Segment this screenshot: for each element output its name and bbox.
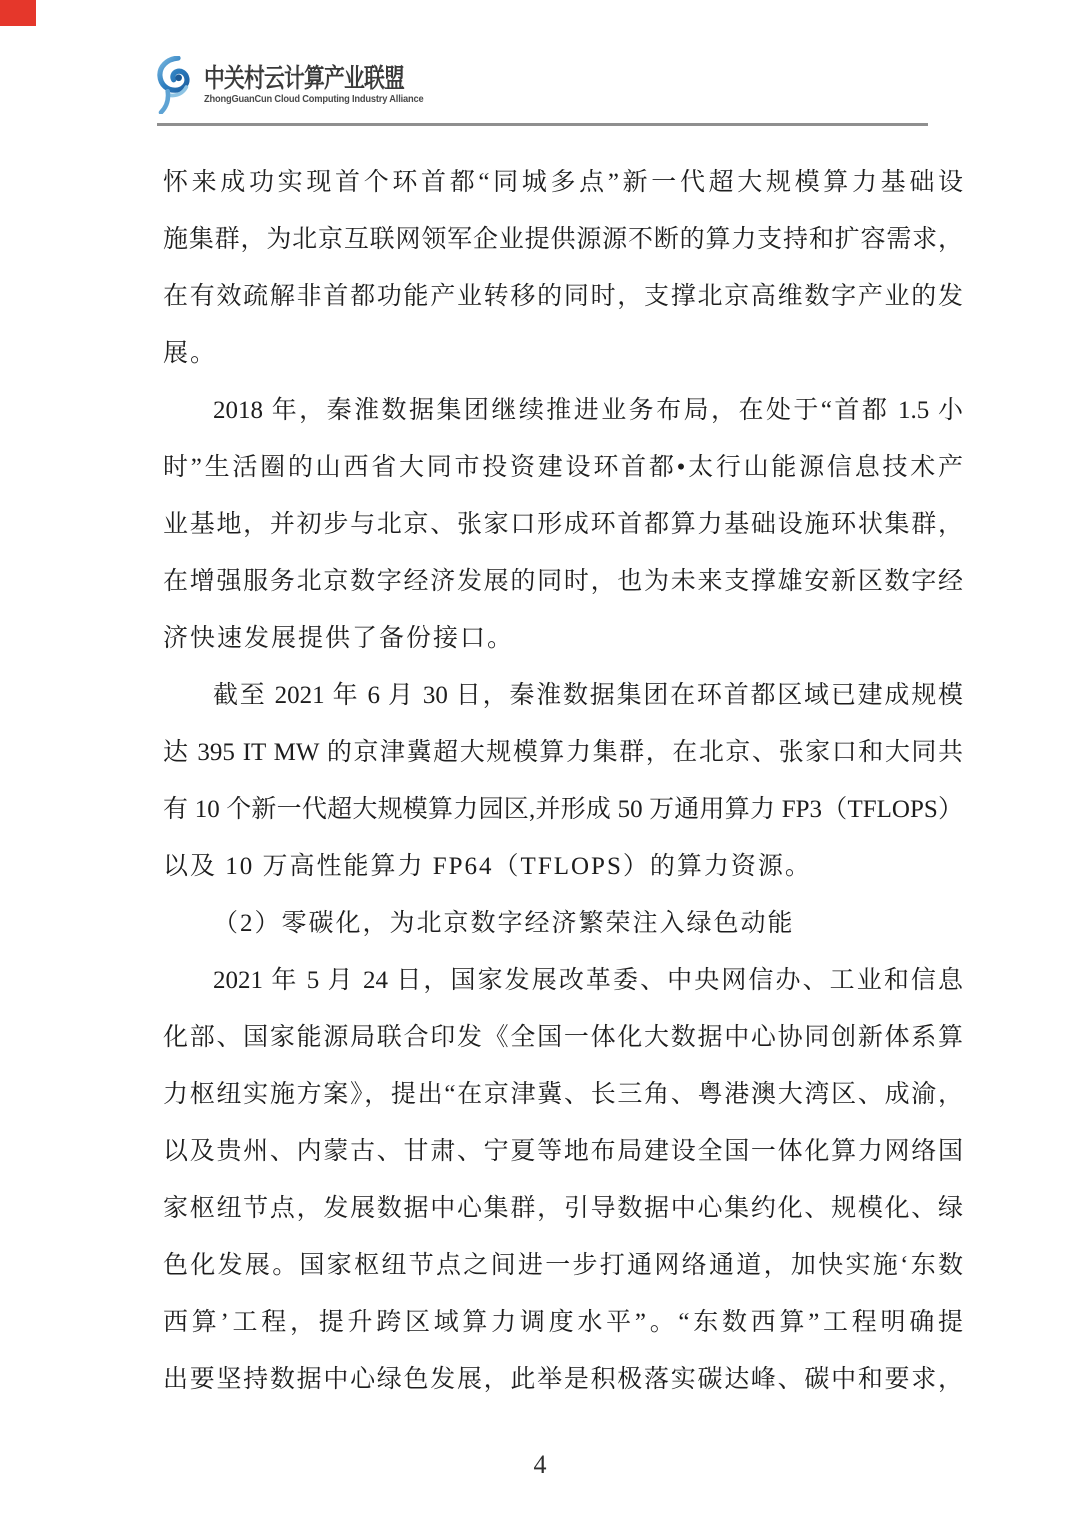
text-line: 西算’工程，提升跨区域算力调度水平”。“东数西算”工程明确提 <box>163 1294 963 1351</box>
text-line: 截至 2021 年 6 月 30 日，秦淮数据集团在环首都区域已建成规模 <box>163 667 963 724</box>
text-line: 在增强服务北京数字经济发展的同时，也为未来支撑雄安新区数字经 <box>163 553 963 610</box>
text-line: 化部、国家能源局联合印发《全国一体化大数据中心协同创新体系算 <box>163 1009 963 1066</box>
document-lines: 怀来成功实现首个环首都“同城多点”新一代超大规模算力基础设施集群，为北京互联网领… <box>163 154 963 1408</box>
text-line: 达 395 IT MW 的京津冀超大规模算力集群，在北京、张家口和大同共 <box>163 724 963 781</box>
text-line: 以及贵州、内蒙古、甘肃、宁夏等地布局建设全国一体化算力网络国 <box>163 1123 963 1180</box>
text-line: 力枢纽实施方案》，提出“在京津冀、长三角、粤港澳大湾区、成渝， <box>163 1066 963 1123</box>
document-page: 中关村云计算产业联盟 ZhongGuanCun Cloud Computing … <box>0 0 1080 1529</box>
text-line: 家枢纽节点，发展数据中心集群，引导数据中心集约化、规模化、绿 <box>163 1180 963 1237</box>
corner-marker <box>0 0 36 26</box>
logo-text: 中关村云计算产业联盟 ZhongGuanCun Cloud Computing … <box>204 56 454 105</box>
text-line: 展。 <box>163 325 963 382</box>
text-line: 2021 年 5 月 24 日，国家发展改革委、中央网信办、工业和信息 <box>163 952 963 1009</box>
logo: 中关村云计算产业联盟 ZhongGuanCun Cloud Computing … <box>156 56 454 114</box>
text-line: 怀来成功实现首个环首都“同城多点”新一代超大规模算力基础设 <box>163 154 963 211</box>
text-line: 色化发展。国家枢纽节点之间进一步打通网络通道，加快实施‘东数 <box>163 1237 963 1294</box>
text-line: 施集群，为北京互联网领军企业提供源源不断的算力支持和扩容需求， <box>163 211 963 268</box>
text-line: （2）零碳化，为北京数字经济繁荣注入绿色动能 <box>163 895 963 952</box>
text-line: 有 10 个新一代超大规模算力园区,并形成 50 万通用算力 FP3（TFLOP… <box>163 781 963 838</box>
text-line: 以及 10 万高性能算力 FP64（TFLOPS）的算力资源。 <box>163 838 963 895</box>
logo-title: 中关村云计算产业联盟 <box>204 64 404 92</box>
text-line: 出要坚持数据中心绿色发展，此举是积极落实碳达峰、碳中和要求， <box>163 1351 963 1408</box>
text-line: 时”生活圈的山西省大同市投资建设环首都•太行山能源信息技术产 <box>163 439 963 496</box>
cloud-swirl-icon <box>156 56 198 114</box>
text-line: 业基地，并初步与北京、张家口形成环首都算力基础设施环状集群， <box>163 496 963 553</box>
text-line: 2018 年，秦淮数据集团继续推进业务布局，在处于“首都 1.5 小 <box>163 382 963 439</box>
logo-subtitle: ZhongGuanCun Cloud Computing Industry Al… <box>204 94 437 105</box>
page-number: 4 <box>0 1450 1080 1480</box>
text-line: 在有效疏解非首都功能产业转移的同时，支撑北京高维数字产业的发 <box>163 268 963 325</box>
text-line: 济快速发展提供了备份接口。 <box>163 610 963 667</box>
header-divider <box>157 123 928 126</box>
